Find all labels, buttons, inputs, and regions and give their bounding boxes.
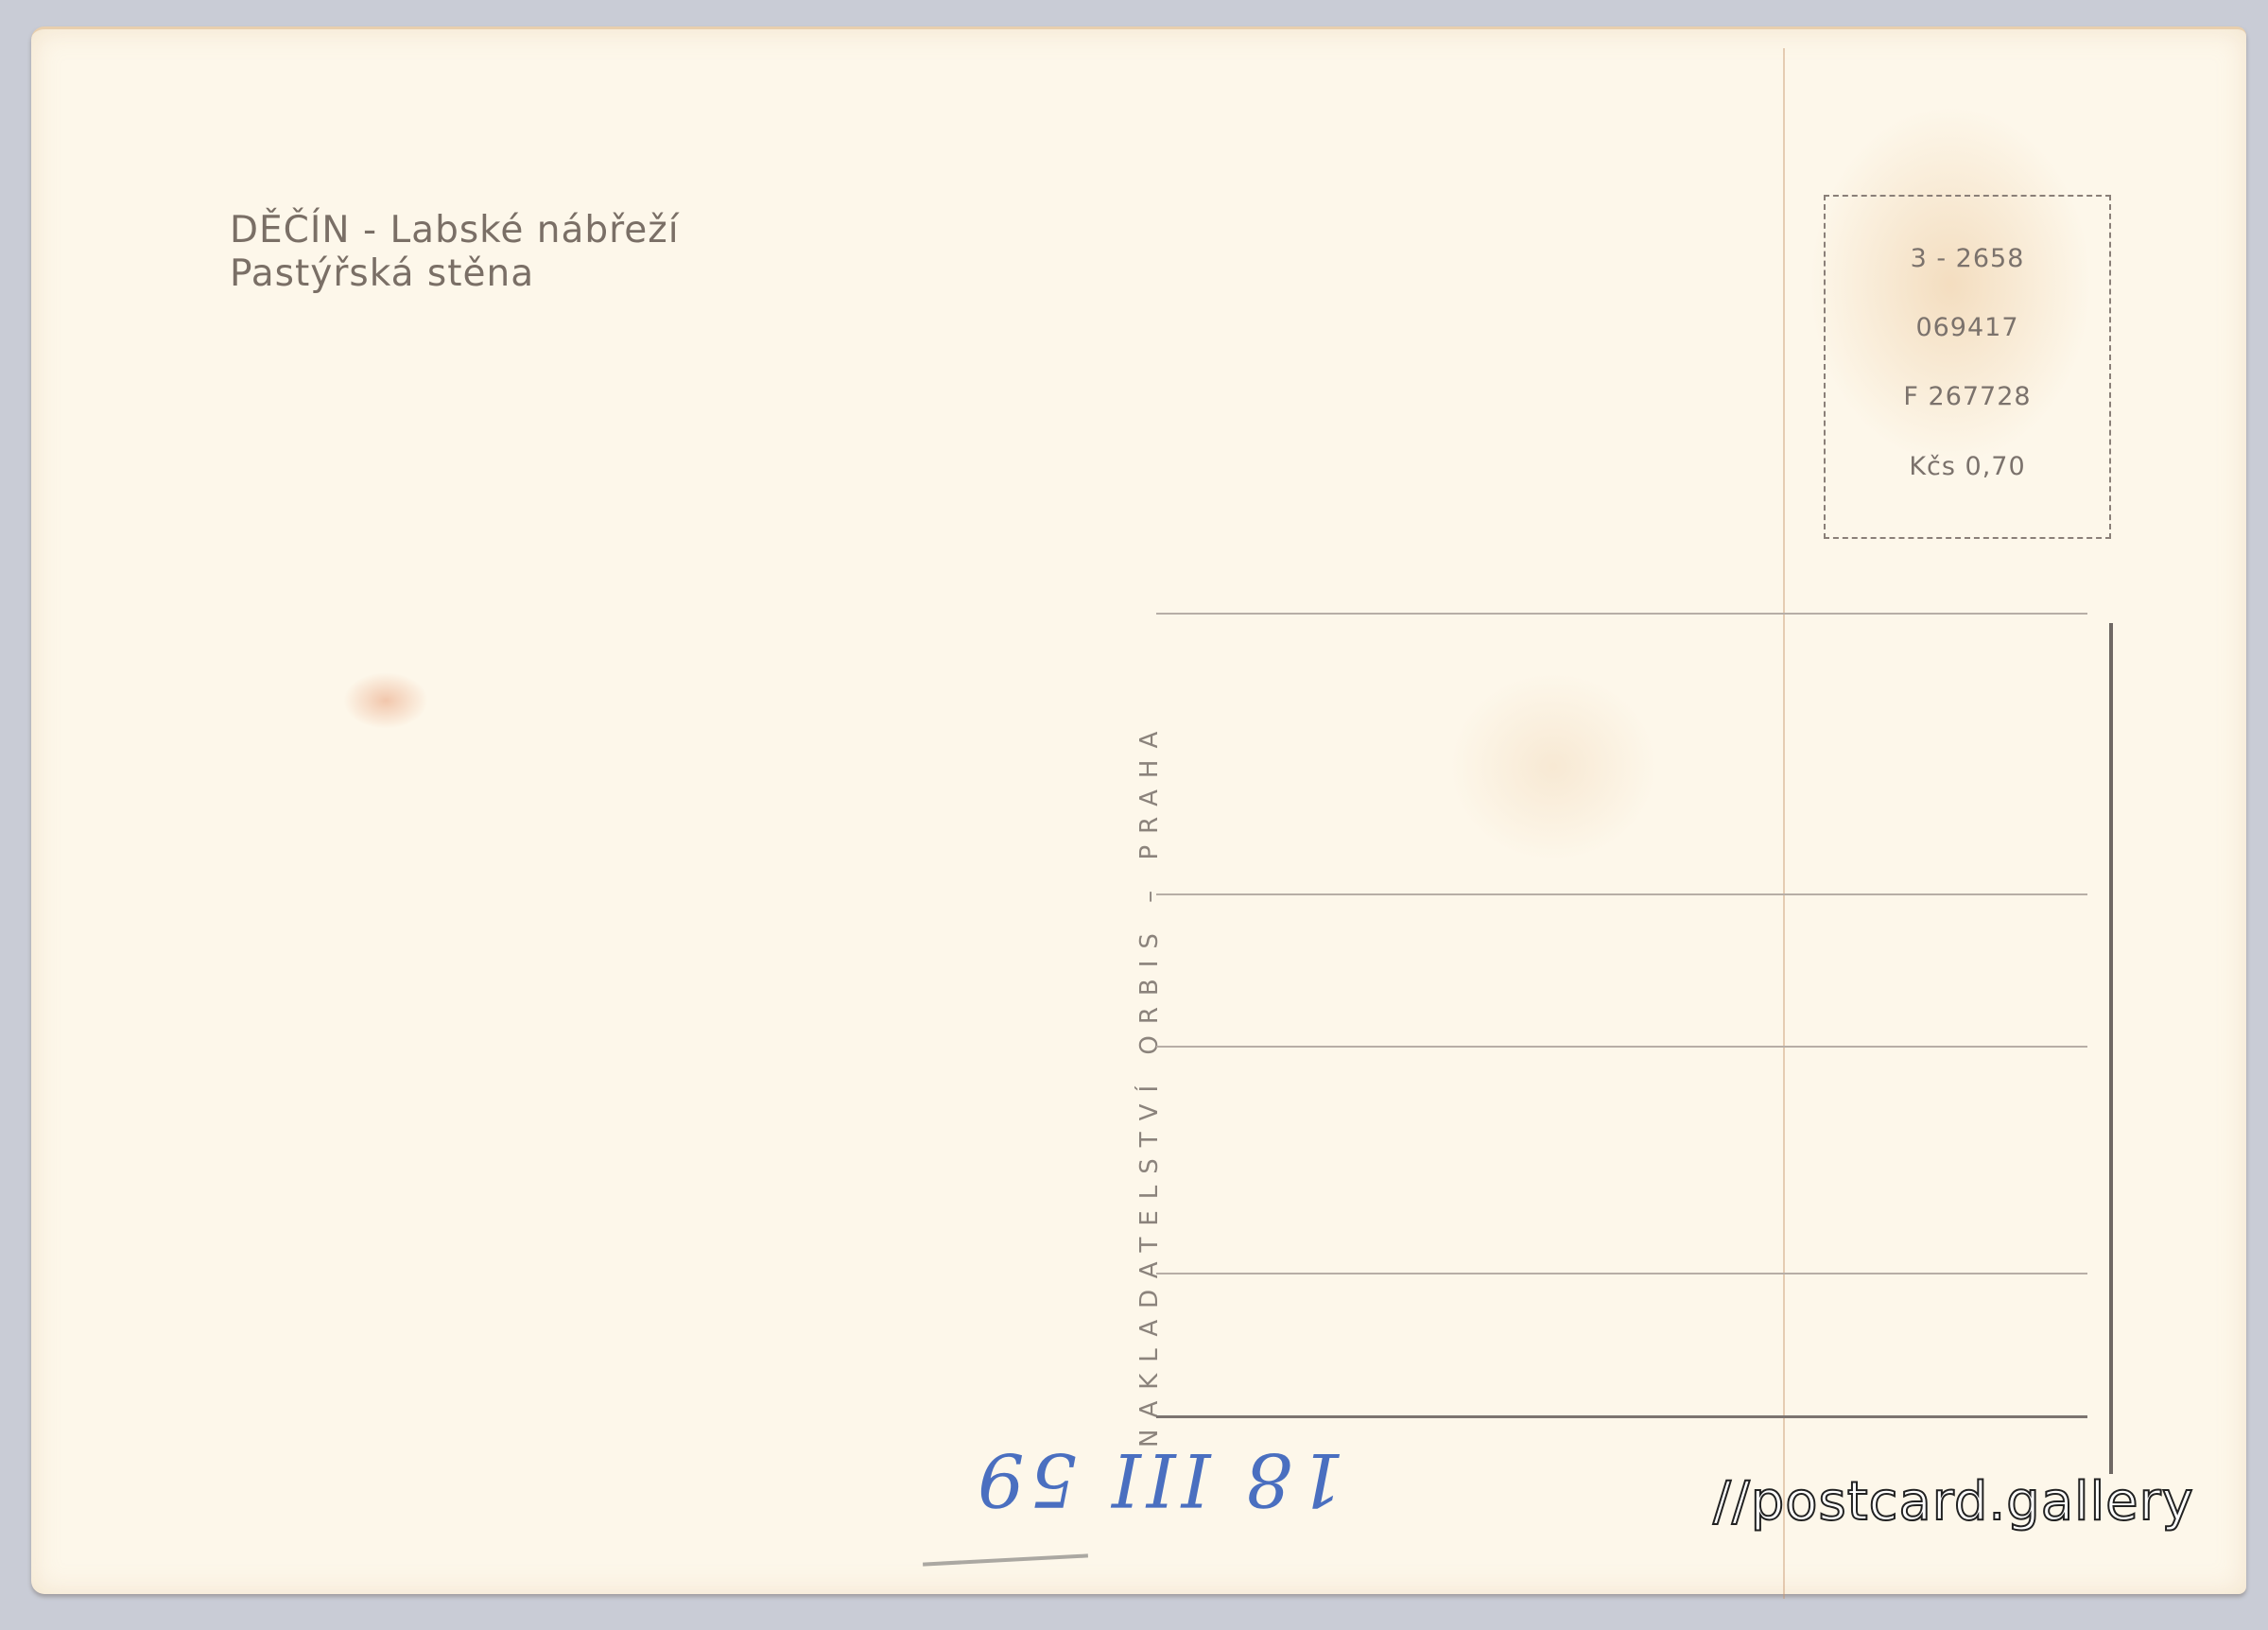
stain-left <box>343 672 428 729</box>
publisher-imprint: NAKLADATELSTVÍ ORBIS – PRAHA <box>1135 720 1164 1448</box>
address-divider-bar <box>2109 623 2113 1474</box>
title-line-2: Pastýřská stěna <box>230 252 680 296</box>
address-line-5 <box>1156 1415 2087 1418</box>
stamp-code: 3 - 2658 <box>1826 244 2109 273</box>
stamp-price: Kčs 0,70 <box>1826 452 2109 481</box>
title-line-1: DĚČÍN - Labské nábřeží <box>230 209 680 252</box>
fold-line <box>1783 48 1785 1599</box>
address-line-3 <box>1156 1046 2087 1048</box>
postcard-back: DĚČÍN - Labské nábřeží Pastýřská stěna 3… <box>31 26 2246 1594</box>
stamp-number: 069417 <box>1826 313 2109 342</box>
address-line-1 <box>1156 613 2087 615</box>
address-line-4 <box>1156 1273 2087 1275</box>
stamp-f-number: F 267728 <box>1826 382 2109 411</box>
stain-middle <box>1449 672 1657 861</box>
stamp-box: 3 - 2658 069417 F 267728 Kčs 0,70 <box>1824 195 2111 539</box>
handwritten-date: 18 III 59 <box>972 1436 1293 1569</box>
watermark-logo: //postcard.gallery <box>1713 1471 2194 1533</box>
postcard-title: DĚČÍN - Labské nábřeží Pastýřská stěna <box>230 209 680 296</box>
address-line-2 <box>1156 893 2087 895</box>
